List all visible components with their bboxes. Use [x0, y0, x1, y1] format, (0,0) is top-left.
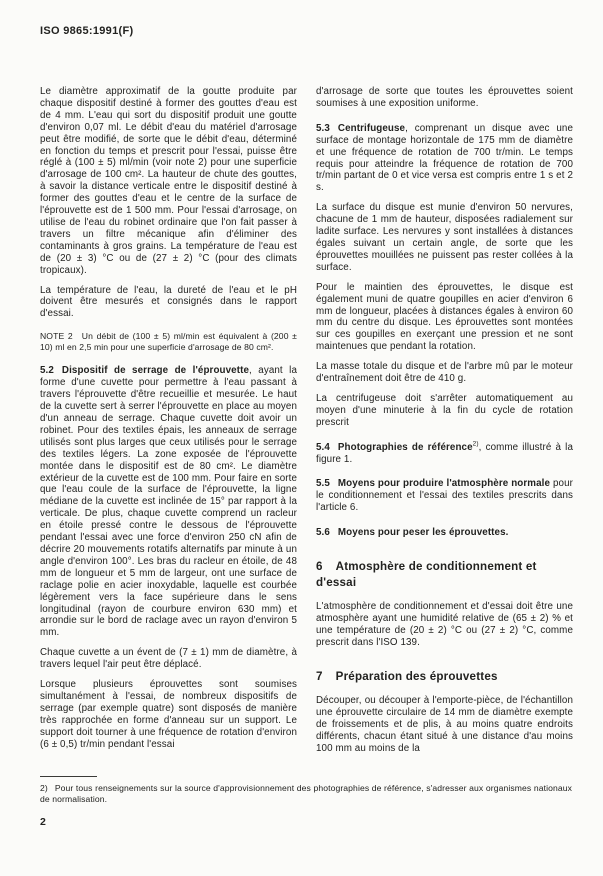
section-title: Dispositif de serrage de l'éprouvette — [62, 365, 249, 376]
section-title: Préparation des éprouvettes — [336, 670, 498, 683]
section-body: , ayant la forme d'une cuvette pour perm… — [40, 365, 297, 638]
right-column: d'arrosage de sorte que toutes les éprou… — [316, 86, 573, 782]
section-number: 5.2 — [40, 365, 54, 376]
section-title: Moyens pour peser les éprouvettes. — [338, 527, 509, 538]
section-number: 5.6 — [316, 527, 330, 538]
paragraph-vent: Chaque cuvette a un évent de (7 ± 1) mm … — [40, 647, 297, 671]
section-number: 7 — [316, 670, 323, 683]
paragraph-conditioning-atmosphere: L'atmosphère de conditionnement et d'ess… — [316, 601, 573, 649]
note-text: Un débit de (100 ± 5) ml/min est équival… — [40, 331, 297, 352]
section-title: Atmosphère de conditionnement et d'essai — [316, 560, 537, 589]
section-title: Moyens pour produire l'atmosphère normal… — [338, 478, 550, 489]
footnote-area: 2)Pour tous renseignements sur la source… — [40, 776, 572, 804]
section-5-3: 5.3Centrifugeuse, comprenant un disque a… — [316, 123, 573, 194]
section-6-heading: 6Atmosphère de conditionnement et d'essa… — [316, 559, 573, 590]
section-number: 6 — [316, 560, 323, 573]
footnote-marker: 2) — [40, 783, 48, 793]
note-label: NOTE 2 — [40, 331, 73, 341]
section-5-5: 5.5Moyens pour produire l'atmosphère nor… — [316, 478, 573, 514]
footnote-separator-rule — [40, 776, 97, 777]
section-5-2: 5.2Dispositif de serrage de l'éprouvette… — [40, 365, 297, 639]
section-5-6: 5.6Moyens pour peser les éprouvettes. — [316, 527, 573, 539]
paragraph-disc-mass: La masse totale du disque et de l'arbre … — [316, 361, 573, 385]
left-column: Le diamètre approximatif de la goutte pr… — [40, 86, 297, 782]
paragraph-disc-surface: La surface du disque est munie d'environ… — [316, 202, 573, 273]
section-title: Photographies de référence — [338, 442, 473, 453]
paragraph-droplet-device: Le diamètre approximatif de la goutte pr… — [40, 86, 297, 277]
document-reference: ISO 9865:1991(F) — [40, 25, 133, 37]
section-number: 5.4 — [316, 442, 330, 453]
section-number: 5.5 — [316, 478, 330, 489]
note-2: NOTE 2Un débit de (100 ± 5) ml/min est é… — [40, 331, 297, 352]
section-7-heading: 7Préparation des éprouvettes — [316, 669, 573, 685]
two-column-body: Le diamètre approximatif de la goutte pr… — [40, 86, 573, 782]
paragraph-disc-pins: Pour le maintien des éprouvettes, le dis… — [316, 282, 573, 353]
paragraph-continuation: d'arrosage de sorte que toutes les éprou… — [316, 86, 573, 110]
section-number: 5.3 — [316, 123, 330, 134]
section-title: Centrifugeuse — [338, 123, 405, 134]
footnote-text: Pour tous renseignements sur la source d… — [40, 783, 572, 804]
footnote-2: 2)Pour tous renseignements sur la source… — [40, 783, 572, 804]
section-5-4: 5.4Photographies de référence2), comme i… — [316, 442, 573, 466]
paragraph-multiple-specimens: Lorsque plusieurs éprouvettes sont soumi… — [40, 679, 297, 750]
paragraph-specimen-cutting: Découper, ou découper à l'emporte-pièce,… — [316, 695, 573, 755]
paragraph-water-properties: La température de l'eau, la dureté de l'… — [40, 285, 297, 321]
page-number: 2 — [40, 816, 46, 828]
paragraph-timer-stop: La centrifugeuse doit s'arrêter automati… — [316, 393, 573, 429]
document-page: ISO 9865:1991(F) Le diamètre approximati… — [0, 0, 603, 876]
